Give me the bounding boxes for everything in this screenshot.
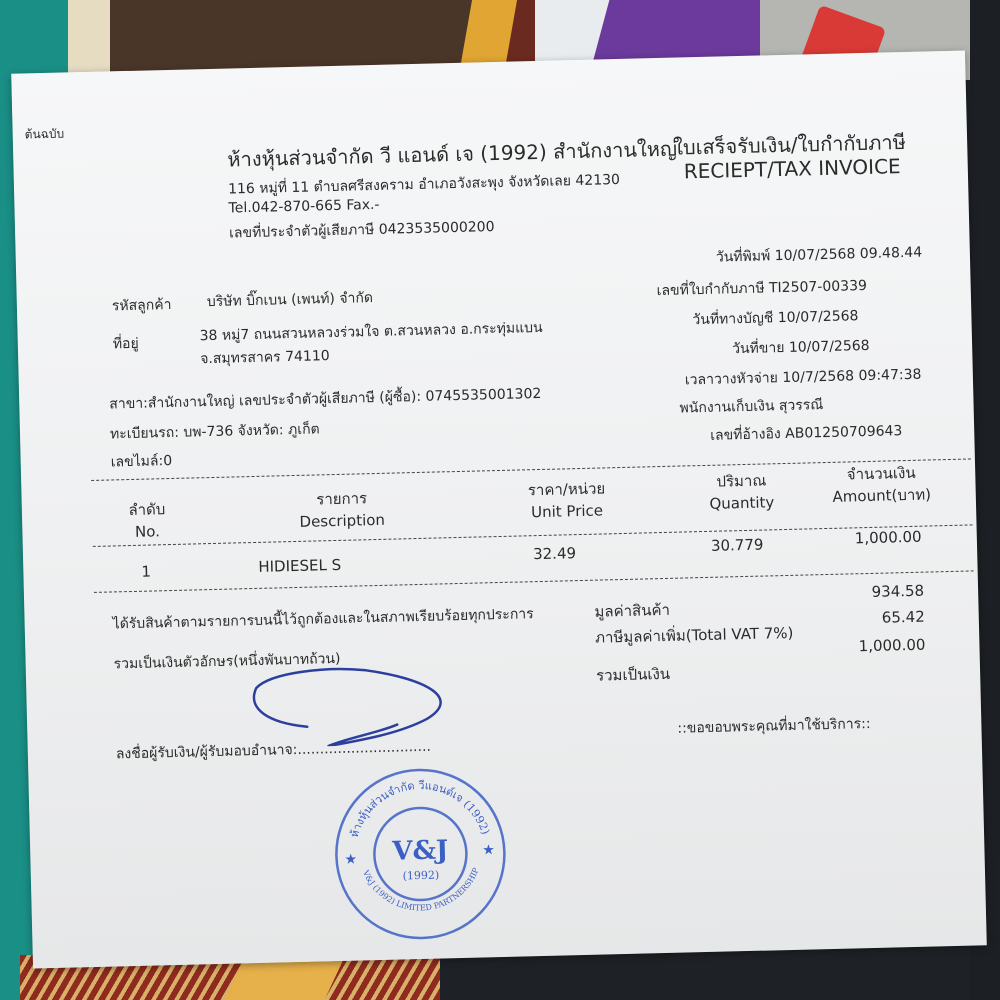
reference-number: เลขที่อ้างอิง AB01250709643 — [710, 420, 903, 447]
column-header-quantity: ปริมาณQuantity — [691, 469, 792, 515]
subtotal-value: 934.58 — [804, 582, 924, 603]
customer-branch-tax-id: สาขา:สำนักงานใหญ่ เลขประจำตัวผู้เสียภาษี… — [109, 383, 542, 416]
stamp-logo-text: V&J — [391, 835, 449, 866]
customer-address-line2: จ.สมุทรสาคร 74110 — [200, 345, 330, 370]
document-title-english: RECIEPT/TAX INVOICE — [684, 154, 901, 183]
copy-label: ต้นฉบับ — [24, 125, 64, 145]
cashier: พนักงานเก็บเงิน สุวรรณี — [679, 394, 823, 420]
total-label: รวมเป็นเงิน — [596, 662, 671, 688]
customer-code-label: รหัสลูกค้า — [112, 294, 172, 317]
mileage: เลขไมล์:0 — [110, 450, 172, 473]
total-value: 1,000.00 — [805, 636, 925, 657]
seller-tax-id: เลขที่ประจำตัวผู้เสียภาษี 0423535000200 — [229, 216, 495, 244]
customer-address-line1: 38 หมู่7 ถนนสวนหลวงร่วมใจ ต.สวนหลวง อ.กร… — [199, 317, 542, 347]
vat-label: ภาษีมูลค่าเพิ่ม(Total VAT 7%) — [595, 621, 794, 650]
row-unit-price: 32.49 — [533, 544, 576, 563]
row-no: 1 — [141, 563, 151, 581]
pen-signature-scribble — [226, 663, 458, 749]
row-quantity: 30.779 — [711, 536, 764, 555]
received-note: ได้รับสินค้าตามรายการบนนี้ไว้ถูกต้องและใ… — [112, 603, 534, 635]
row-amount: 1,000.00 — [855, 528, 922, 548]
receipt-paper: ต้นฉบับ ห้างหุ้นส่วนจำกัด วี แอนด์ เจ (1… — [11, 50, 987, 968]
column-header-unit-price: ราคา/หน่วยUnit Price — [511, 477, 622, 524]
star-icon: ★ — [344, 852, 357, 868]
accounting-date: วันที่ทางบัญชี 10/07/2568 — [692, 305, 859, 331]
star-icon: ★ — [482, 842, 495, 858]
tax-invoice-number: เลขที่ใบกำกับภาษี TI2507-00339 — [656, 275, 867, 302]
column-header-no: ลำดับNo. — [117, 498, 178, 543]
row-description: HIDIESEL S — [258, 556, 341, 576]
print-date: วันที่พิมพ์ 10/07/2568 09.48.44 — [716, 242, 923, 269]
thank-you-note: ::ขอขอบพระคุณที่มาใช้บริการ:: — [677, 713, 871, 740]
column-header-description: รายการDescription — [281, 486, 402, 533]
column-header-amount: จำนวนเงินAmount(บาท) — [826, 461, 937, 508]
company-stamp: ห้างหุ้นส่วนจำกัด วีแอนด์เจ (1992) V&J (… — [328, 762, 512, 946]
customer-address-label: ที่อยู่ — [113, 333, 139, 356]
nozzle-time: เวลาวางหัวจ่าย 10/7/2568 09:47:38 — [685, 364, 922, 392]
vat-value: 65.42 — [805, 608, 925, 629]
customer-name: บริษัท บิ๊กเบน (เพนท์) จำกัด — [207, 287, 374, 313]
sale-date: วันที่ขาย 10/07/2568 — [732, 335, 870, 360]
stamp-year-text: (1992) — [402, 869, 439, 883]
seller-phone: Tel.042-870-665 Fax.- — [228, 197, 379, 217]
divider — [93, 524, 973, 547]
subtotal-label: มูลค่าสินค้า — [594, 598, 670, 624]
vehicle-plate: ทะเบียนรถ: บพ-736 จังหวัด: ภูเก็ต — [110, 418, 320, 445]
